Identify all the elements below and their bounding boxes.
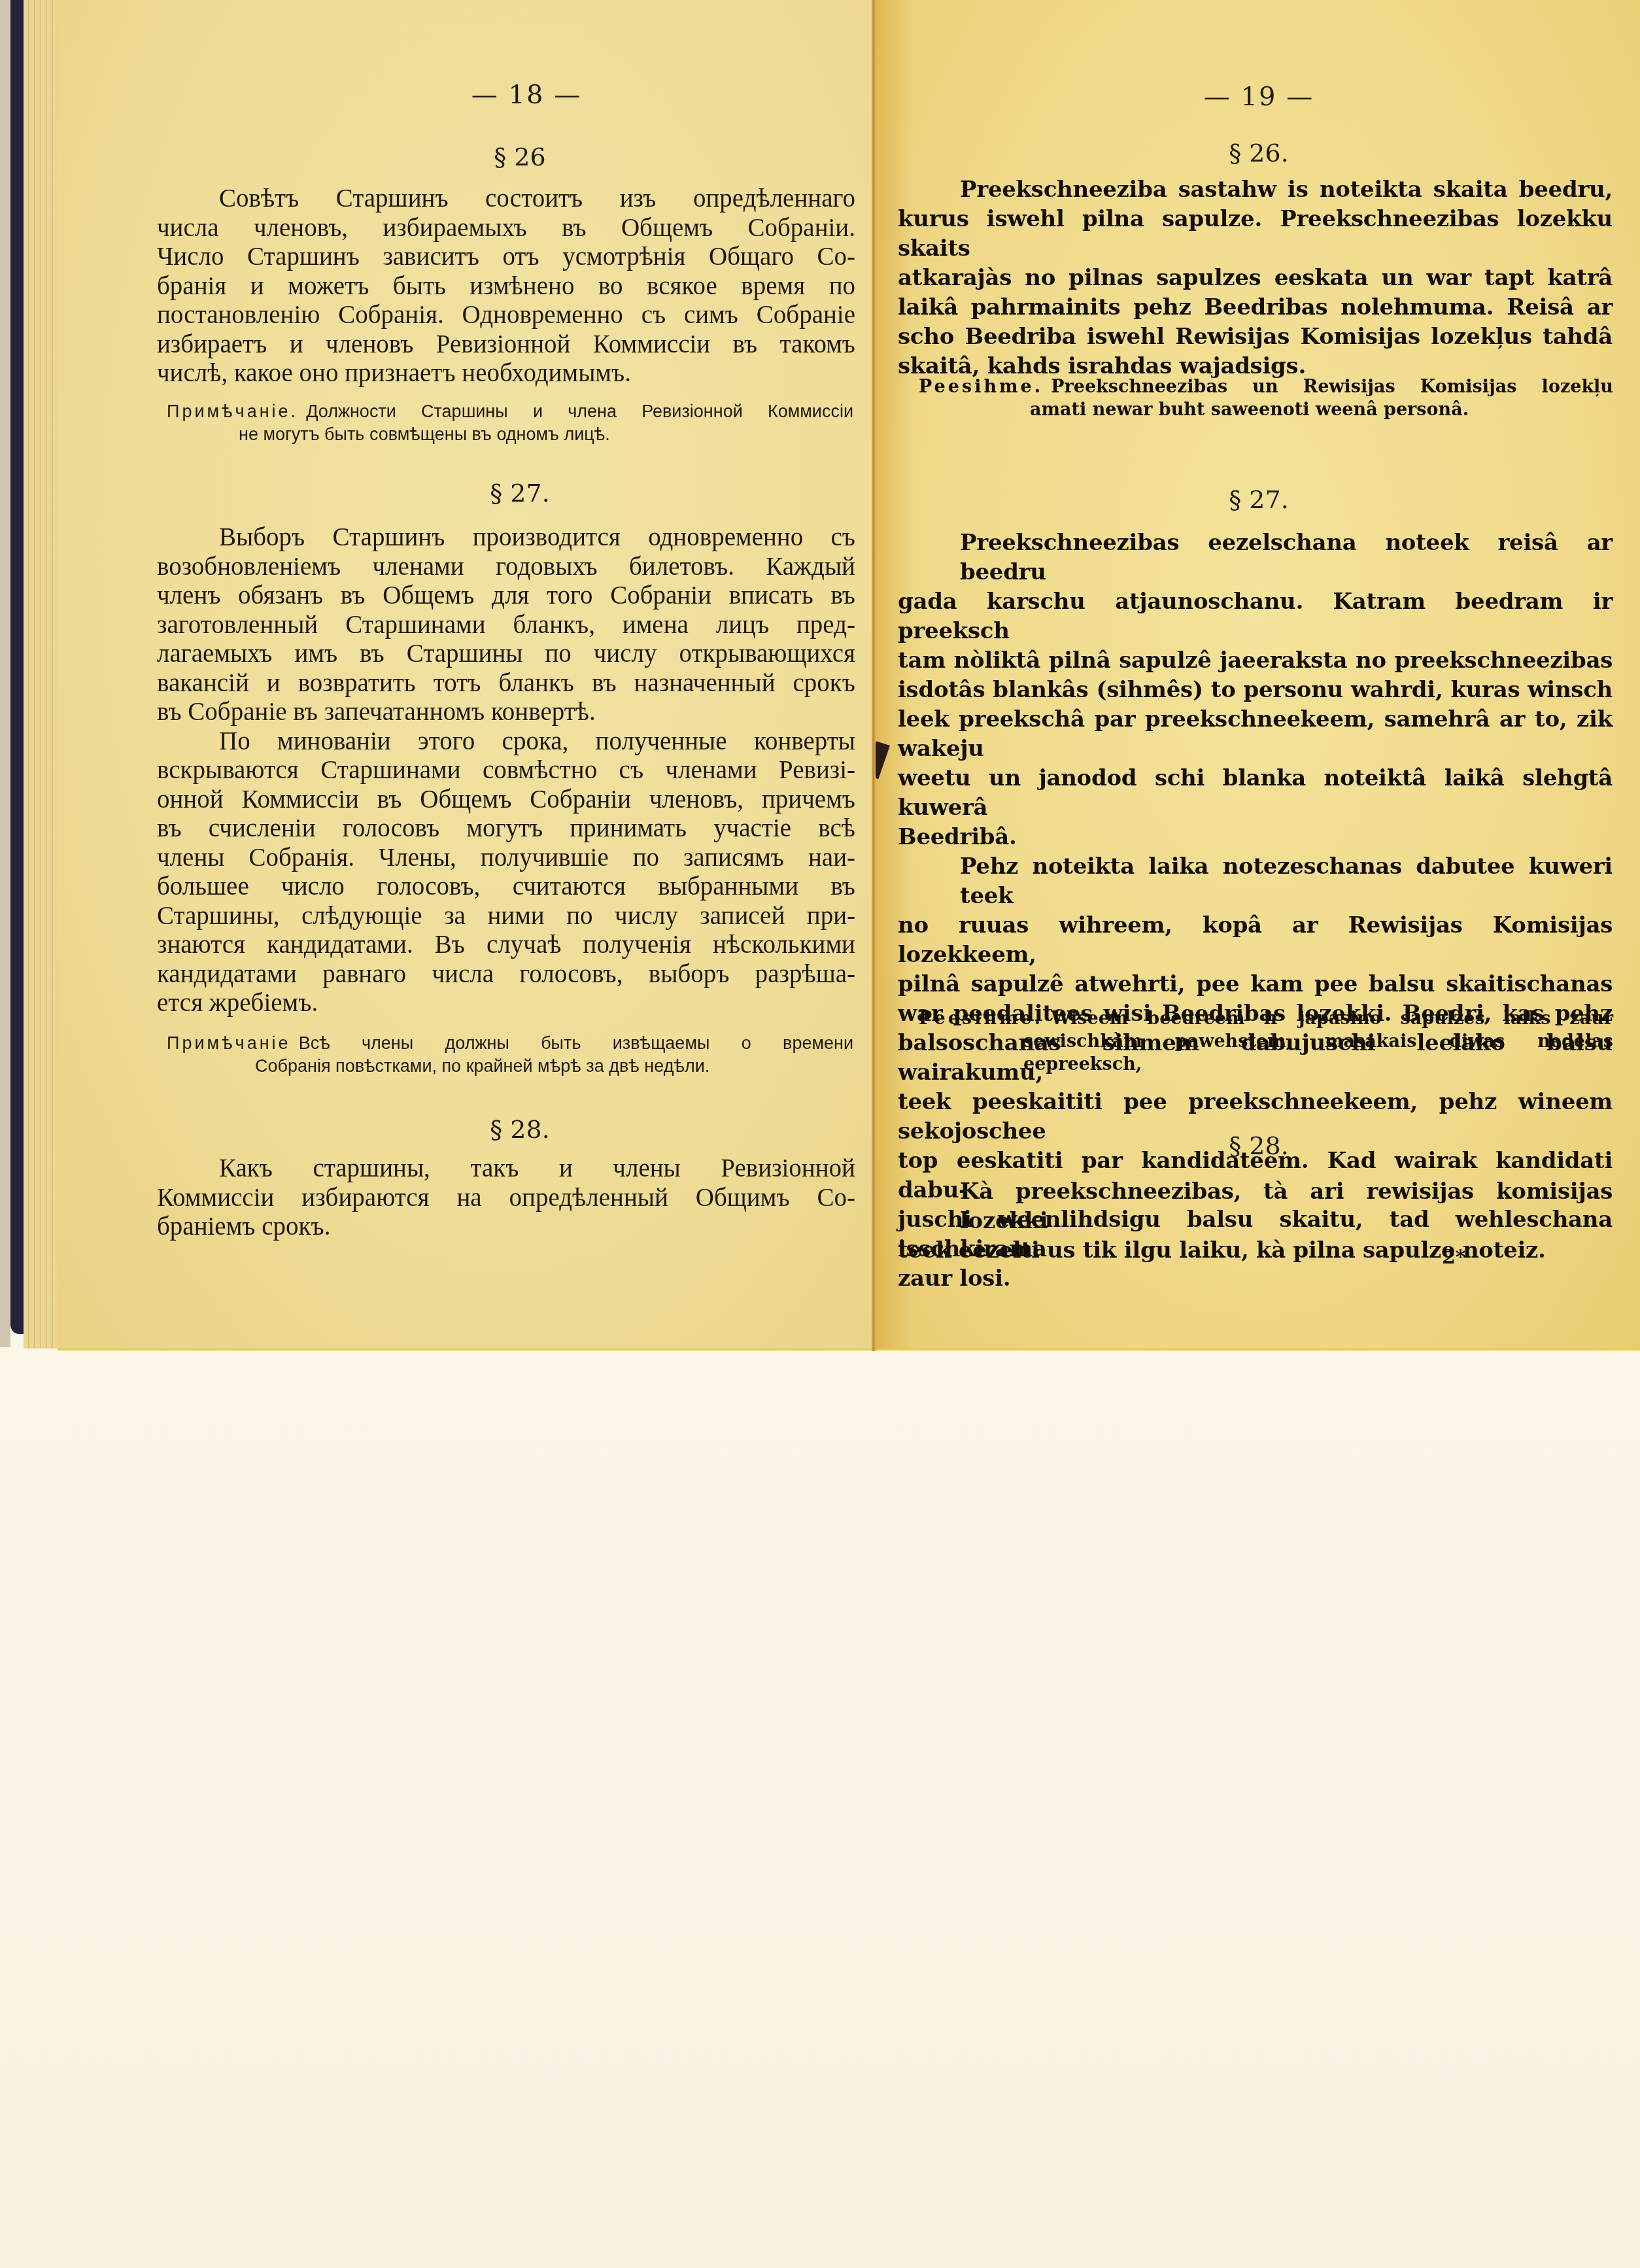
text-line: заготовленный Старшинами бланкъ, имена л… [157,611,855,640]
text-line: кандидатами равнаго числа голосовъ, выбо… [157,960,855,989]
text-line: знаются кандидатами. Въ случаѣ полученія… [157,931,855,960]
note-text: Должности Старшины и члена Ревизіонной К… [306,402,853,421]
text-line: бранія и можетъ быть измѣнено во всякое … [157,272,855,301]
section-heading: § 28. [1229,1131,1289,1160]
text-line: Выборъ Старшинъ производится одновременн… [157,523,855,553]
text-line: браніемъ срокъ. [157,1212,855,1242]
text-line: teek eezelti us tik ilgu laiku, kà pilna… [898,1236,1613,1265]
section-body: Kà preekschneezibas, tà ari rewisijas ko… [898,1177,1613,1265]
text-line: вакансій и возвратить тотъ бланкъ въ наз… [157,669,855,698]
text-line: вскрываются Старшинами совмѣстно съ член… [157,756,855,785]
text-line: Kà preekschneezibas, tà ari rewisijas ko… [898,1177,1613,1236]
section-heading: § 26 [494,143,545,171]
section-note: Peesihme.Preekschneezibas un Rewisijas K… [919,375,1613,421]
text-line: членъ обязанъ въ Общемъ для того Собрані… [157,581,855,611]
section-heading: § 26. [1229,139,1289,167]
text-line: члены Собранія. Члены, получившіе по зап… [157,844,855,873]
section-note: Peesihme.Wiseem beedreem ir japasino sap… [919,1007,1613,1076]
note-line: Примѣчаніе.Должности Старшины и члена Ре… [167,400,853,423]
text-line: Какъ старшины, такъ и члены Ревизіонной [157,1154,855,1184]
text-line: Совѣтъ Старшинъ состоитъ изъ опредѣленна… [157,184,855,214]
section-body: Какъ старшины, такъ и члены Ревизіонной … [157,1154,855,1242]
text-line: tam nòliktâ pilnâ sapulzê jaeeraksta no … [898,646,1613,676]
book-cover-spine [10,0,24,1334]
note-line: amati newar buht saweenoti weenâ personâ… [919,398,1613,421]
text-line: въ счисленіи голосовъ могутъ принимать у… [157,814,855,844]
text-line: онной Коммиссіи въ Общемъ Собраніи члено… [157,785,855,815]
text-line: возобновленіемъ членами годовыхъ билетов… [157,553,855,582]
text-line: atkarajàs no pilnas sapulzes eeskata un … [898,264,1613,293]
section-note: ПримѣчаніеВсѣ члены должны быть извѣщаем… [167,1032,853,1078]
section-heading: § 27. [490,479,550,507]
note-label: Примѣчаніе [167,1033,291,1053]
text-line: leek preekschâ par preekschneekeem, same… [898,705,1613,764]
note-label: Peesihme. [919,377,1043,397]
section-body: Preekschneeziba sastahw is noteikta skai… [898,175,1613,381]
text-line: ется жребіемъ. [157,989,855,1018]
page-number-left: — 18 — [471,80,581,110]
text-line: Число Старшинъ зависитъ отъ усмотрѣнія О… [157,243,855,272]
text-line: kurus iswehl pilna sapulze. Preekschneez… [898,205,1613,264]
section-body: Совѣтъ Старшинъ состоитъ изъ опредѣленна… [157,184,855,388]
text-line: Beedribâ. [898,823,1613,852]
text-line: pilnâ sapulzê atwehrti, pee kam pee bals… [898,970,1613,999]
note-line: не могутъ быть совмѣщены въ одномъ лицѣ. [167,423,853,446]
text-line: isdotâs blankâs (sihmês) to personu wahr… [898,676,1613,705]
text-line: въ Собраніе въ запечатанномъ конвертѣ. [157,698,855,727]
text-line: Pehz noteikta laika notezeschanas dabute… [898,852,1613,911]
text-line: zaur losi. [898,1264,1613,1294]
note-line: Peesihme.Preekschneezibas un Rewisijas K… [919,375,1613,398]
text-line: scho Beedriba iswehl Rewisijas Komisijas… [898,322,1613,352]
text-line: постановленію Собранія. Одновременно съ … [157,301,855,330]
section-note: Примѣчаніе.Должности Старшины и члена Ре… [167,400,853,446]
text-line: Старшины, слѣдующіе за ними по числу зап… [157,902,855,931]
page-number-right: — 19 — [1204,82,1314,112]
book-gutter [872,0,876,1351]
text-line: Коммиссіи избираются на опредѣленный Общ… [157,1184,855,1213]
text-line: большее число голосовъ, считаются выбран… [157,872,855,902]
text-line: избираетъ и членовъ Ревизіонной Коммиссі… [157,330,855,360]
text-line: weetu un janodod schi blanka noteiktâ la… [898,764,1613,823]
text-line: числа членовъ, избираемыхъ въ Общемъ Соб… [157,214,855,243]
section-heading: § 28. [490,1115,550,1144]
text-line: laikâ pahrmainits pehz Beedribas nolehmu… [898,293,1613,322]
text-line: Preekschneeziba sastahw is noteikta skai… [898,175,1613,205]
text-line: лагаемыхъ имъ въ Старшины по числу откры… [157,640,855,669]
signature-mark: 2* [1442,1246,1466,1269]
note-line: Peesihme.Wiseem beedreem ir japasino sap… [919,1007,1613,1030]
text-line: gada karschu atjaunoschanu. Katram beedr… [898,587,1613,646]
note-text: Всѣ члены должны быть извѣщаемы о времен… [299,1033,853,1053]
note-label: Примѣчаніе. [167,402,298,421]
note-text: Preekschneezibas un Rewisijas Komisijas … [1051,377,1613,397]
text-line: Preekschneezibas eezelschana noteek reis… [898,528,1613,587]
note-line: ПримѣчаніеВсѣ члены должны быть извѣщаем… [167,1032,853,1055]
cover-edge [0,0,10,1347]
note-line: Собранія повѣстками, по крайней мѣрѣ за … [167,1055,853,1078]
note-label: Peesihme. [919,1008,1043,1029]
text-line: По минованіи этого срока, полученные кон… [157,727,855,757]
text-line: no ruuas wihreem, kopâ ar Rewisijas Komi… [898,911,1613,970]
note-line: sewischkàm pawehstem, masakais diwas ned… [919,1030,1613,1076]
text-line: числѣ, какое оно признаетъ необходимымъ. [157,359,855,388]
page-edges [24,0,59,1349]
section-heading: § 27. [1229,485,1289,514]
section-body: Выборъ Старшинъ производится одновременн… [157,523,855,1018]
note-text: Wiseem beedreem ir japasino sapulzes lai… [1051,1008,1613,1029]
